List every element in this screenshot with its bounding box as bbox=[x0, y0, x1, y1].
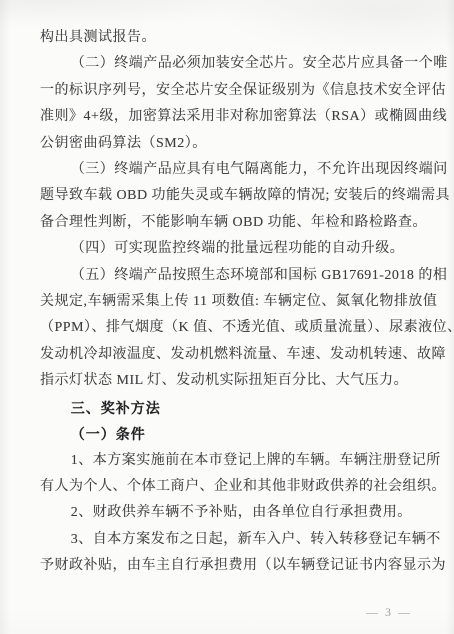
text-line: （三）终端产品应具有电气隔离能力，不允许出现因终端问 bbox=[40, 157, 436, 183]
text-line: 关规定,车辆需采集上传 11 项数值: 车辆定位、氮氧化物排放值 bbox=[40, 289, 436, 315]
text-line: 1、本方案实施前在本市登记上牌的车辆。车辆注册登记所 bbox=[40, 448, 436, 474]
text-line: （四）可实现监控终端的批量远程功能的自动升级。 bbox=[40, 236, 436, 262]
subsection-heading: （一）条件 bbox=[40, 421, 436, 447]
scan-edge-shadow-left bbox=[0, 0, 10, 634]
page-number: — 3 — bbox=[366, 605, 412, 620]
text-line: 公钥密曲码算法（SM2）。 bbox=[40, 131, 436, 157]
text-line: 题导致车载 OBD 功能失灵或车辆故障的情况; 安装后的终端需具 bbox=[40, 183, 436, 209]
text-line: 构出具测试报告。 bbox=[40, 25, 436, 51]
text-line: 准则》4+级，加密算法采用非对称加密算法（RSA）或椭圆曲线 bbox=[40, 104, 436, 130]
text-line: 一的标识序列号，安全芯片安全保证级别为《信息技术安全评估 bbox=[40, 78, 436, 104]
text-line: （二）终端产品必须加装安全芯片。安全芯片应具备一个唯 bbox=[40, 51, 436, 77]
text-line: 发动机冷却液温度、发动机燃料流量、车速、发动机转速、故障 bbox=[40, 342, 436, 368]
text-line: （五）终端产品按照生态环境部和国标 GB17691-2018 的相 bbox=[40, 263, 436, 289]
text-line: 2、财政供养车辆不予补贴，由各单位自行承担费用。 bbox=[40, 500, 436, 526]
text-line: （PPM）、排气烟度（K 值、不透光值、或质量流量）、尿素液位、 bbox=[40, 315, 436, 341]
scan-edge-shadow-right bbox=[446, 0, 454, 634]
scanned-document-page: 构出具测试报告。 （二）终端产品必须加装安全芯片。安全芯片应具备一个唯 一的标识… bbox=[0, 0, 454, 634]
section-heading: 三、奖补方法 bbox=[40, 395, 436, 421]
text-line: 指示灯状态 MIL 灯、发动机实际扭矩百分比、大气压力。 bbox=[40, 368, 436, 394]
text-line: 有人为个人、个体工商户、企业和其他非财政供养的社会组织。 bbox=[40, 474, 436, 500]
text-line: 予财政补贴，由车主自行承担费用（以车辆登记证书内容显示为 bbox=[40, 553, 436, 579]
text-line: 备合理性判断，不能影响车辆 OBD 功能、年检和路检路查。 bbox=[40, 210, 436, 236]
document-body-text: 构出具测试报告。 （二）终端产品必须加装安全芯片。安全芯片应具备一个唯 一的标识… bbox=[40, 25, 436, 580]
text-line: 3、自本方案发布之日起，新车入户、转入转移登记车辆不 bbox=[40, 527, 436, 553]
